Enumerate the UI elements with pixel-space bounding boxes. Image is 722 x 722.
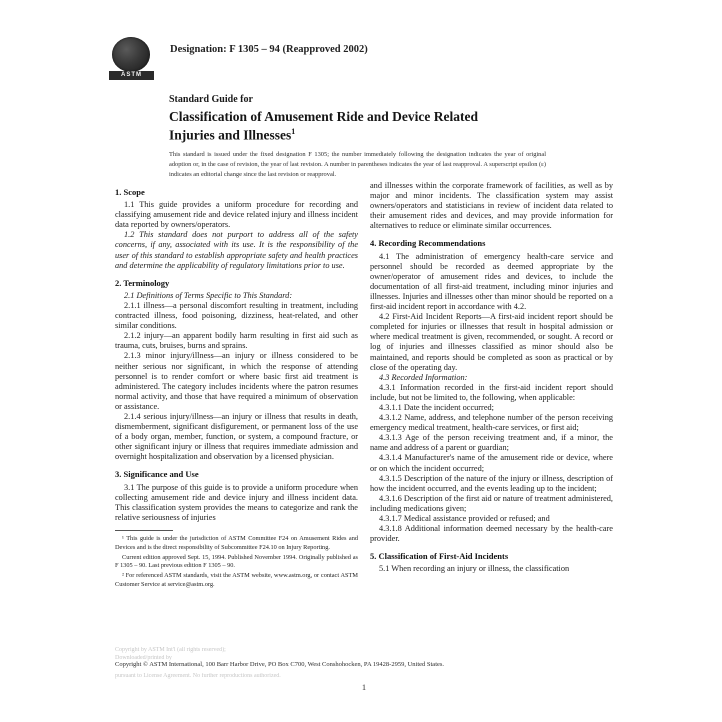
para-4-3-1-8: 4.3.1.8 Additional information deemed ne…	[370, 524, 613, 544]
footnote-2: ² For referenced ASTM standards, visit t…	[115, 572, 358, 590]
para-2-1-2: 2.1.2 injury—an apparent bodily harm res…	[115, 331, 358, 351]
para-4-3-1-3: 4.3.1.3 Age of the person receiving trea…	[370, 433, 613, 453]
para-1-1: 1.1 This guide provides a uniform proced…	[115, 200, 358, 230]
document-page: { "header": { "designation": "Designatio…	[0, 0, 722, 722]
section-3-heading: 3. Significance and Use	[115, 469, 358, 479]
para-2-1-3: 2.1.3 minor injury/illness—an injury or …	[115, 351, 358, 412]
astm-logo-banner: ASTM	[109, 71, 154, 80]
copyright-line: Copyright © ASTM International, 100 Barr…	[115, 661, 613, 668]
para-4-2: 4.2 First-Aid Incident Reports—A first-a…	[370, 312, 613, 373]
footnote-1-edition: Current edition approved Sept. 15, 1994.…	[115, 554, 358, 572]
title-line2: Injuries and Illnesses	[169, 128, 291, 143]
para-2-1-4: 2.1.4 serious injury/illness—an injury o…	[115, 412, 358, 462]
document-title: Classification of Amusement Ride and Dev…	[169, 109, 589, 143]
license-stamp-line3: pursuant to License Agreement. No furthe…	[115, 673, 613, 680]
footnote-rule	[115, 530, 173, 531]
para-4-3-1-4: 4.3.1.4 Manufacturer's name of the amuse…	[370, 453, 613, 473]
astm-globe-logo-icon	[112, 37, 150, 72]
title-footnote-marker: 1	[291, 127, 295, 136]
astm-standard-page: ASTM Designation: F 1305 – 94 (Reapprove…	[0, 0, 722, 722]
section-1-heading: 1. Scope	[115, 187, 358, 197]
para-2-1-1: 2.1.1 illness—a personal discomfort resu…	[115, 301, 358, 331]
para-4-3-1-1: 4.3.1.1 Date the incident occurred;	[370, 403, 613, 413]
para-4-3-1: 4.3.1 Information recorded in the first-…	[370, 383, 613, 403]
para-4-1: 4.1 The administration of emergency heal…	[370, 252, 613, 313]
para-3-1-continued: and illnesses within the corporate frame…	[370, 181, 613, 231]
title-line1: Classification of Amusement Ride and Dev…	[169, 109, 478, 124]
issue-note: This standard is issued under the fixed …	[169, 150, 546, 180]
para-4-3-1-2: 4.3.1.2 Name, address, and telephone num…	[370, 413, 613, 433]
right-column: and illnesses within the corporate frame…	[370, 181, 613, 574]
title-kicker: Standard Guide for	[169, 94, 253, 106]
para-4-3-1-6: 4.3.1.6 Description of the first aid or …	[370, 494, 613, 514]
para-4-3: 4.3 Recorded Information:	[370, 373, 613, 383]
footnote-1: ¹ This guide is under the jurisdiction o…	[115, 535, 358, 553]
left-column: 1. Scope 1.1 This guide provides a unifo…	[115, 187, 358, 591]
page-number: 1	[115, 682, 613, 692]
footnotes: ¹ This guide is under the jurisdiction o…	[115, 535, 358, 590]
para-1-2: 1.2 This standard does not purport to ad…	[115, 230, 358, 270]
para-3-1-start: 3.1 The purpose of this guide is to prov…	[115, 483, 358, 523]
para-4-3-1-5: 4.3.1.5 Description of the nature of the…	[370, 474, 613, 494]
designation-line: Designation: F 1305 – 94 (Reapproved 200…	[170, 44, 368, 55]
section-5-heading: 5. Classification of First-Aid Incidents	[370, 551, 613, 561]
para-5-1: 5.1 When recording an injury or illness,…	[370, 564, 613, 574]
para-4-3-1-7: 4.3.1.7 Medical assistance provided or r…	[370, 514, 613, 524]
para-2-1: 2.1 Definitions of Terms Specific to Thi…	[115, 291, 358, 301]
section-2-heading: 2. Terminology	[115, 278, 358, 288]
license-stamp-line1: Copyright by ASTM Int'l (all rights rese…	[115, 647, 613, 654]
section-4-heading: 4. Recording Recommendations	[370, 238, 613, 248]
